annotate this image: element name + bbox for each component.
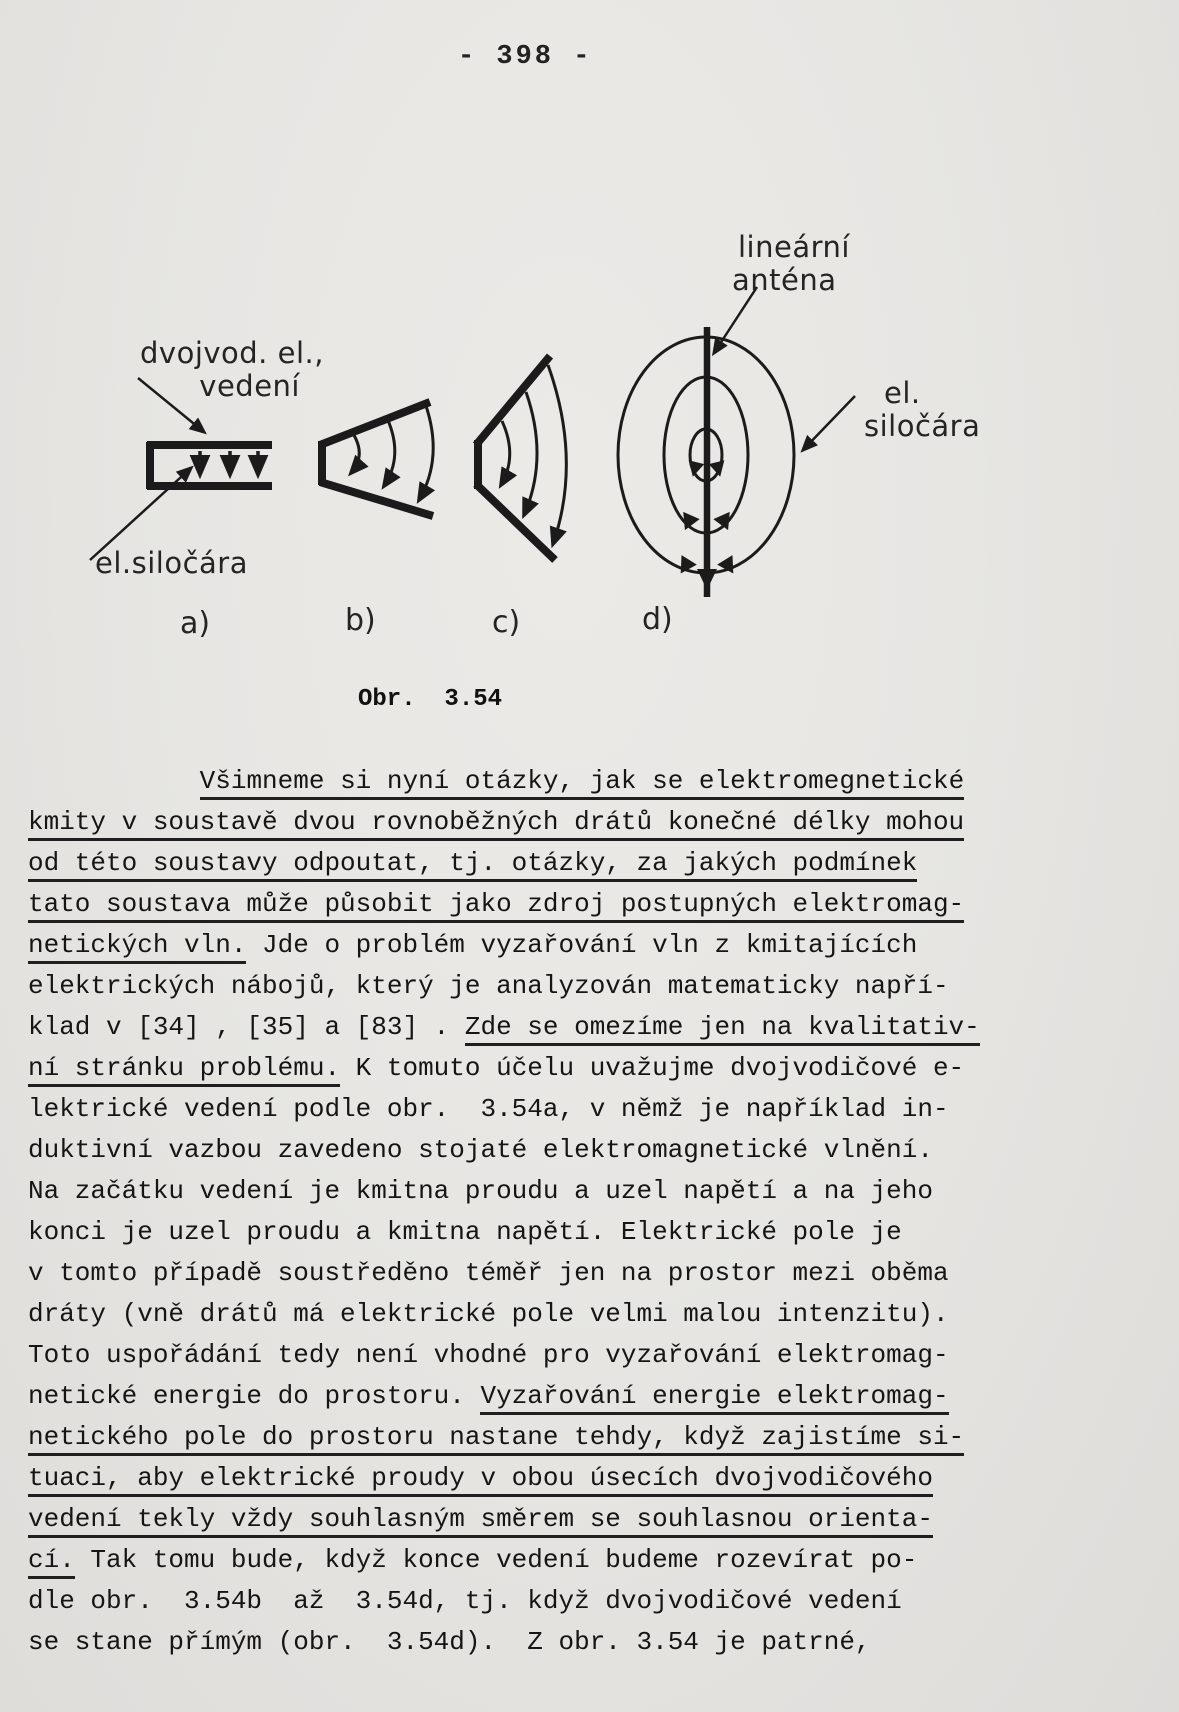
text-line: vedení tekly vždy souhlasným směrem se s… (28, 1500, 1148, 1541)
figure-caption: Obr. 3.54 (358, 686, 502, 713)
plain-text: dle obr. 3.54b až 3.54d, tj. když dvojvo… (28, 1586, 902, 1616)
antenna-label-2: anténa (732, 264, 850, 297)
field-line (351, 432, 359, 473)
antenna-label-1: lineární (738, 230, 850, 264)
plain-text: konci je uzel proudu a kmitna napětí. El… (28, 1217, 902, 1247)
text-line: duktivní vazbou zavedeno stojaté elektro… (28, 1131, 1148, 1172)
plain-text: Jde o problém vyzařování vln z kmitající… (246, 930, 917, 960)
wire-bottom (476, 484, 555, 560)
underlined-text: netického pole do prostoru nastane tehdy… (28, 1422, 964, 1456)
text-line: ní stránku problému. K tomuto účelu uvaž… (28, 1049, 1148, 1090)
underlined-text: Zde se omezíme jen na kvalitativ- (465, 1012, 980, 1046)
text-line: dráty (vně drátů má elektrické pole velm… (28, 1295, 1148, 1336)
figure-3-54: dvojvod. el.,vedení el.siločára lineární… (40, 225, 1150, 665)
plain-text: elektrických nábojů, který je analyzován… (28, 971, 949, 1001)
diagram-c-wide-opened-line (476, 356, 566, 560)
underlined-text: cí. (28, 1545, 75, 1579)
subfigure-label-a: a) (180, 606, 210, 641)
underlined-text: ní stránku problému. (28, 1053, 340, 1087)
text-line: elektrických nábojů, který je analyzován… (28, 967, 1148, 1008)
plain-text: lektrické vedení podle obr. 3.54a, v něm… (28, 1094, 949, 1124)
underlined-text: tuaci, aby elektrické proudy v obou úsec… (28, 1463, 933, 1497)
label-linear-antenna: lineárníanténa (732, 231, 850, 297)
text-line: netické energie do prostoru. Vyzařování … (28, 1377, 1148, 1418)
field-line (524, 392, 537, 515)
text-line: Všimneme si nyní otázky, jak se elektrom… (28, 762, 1148, 803)
text-line: tato soustava může působit jako zdroj po… (28, 885, 1148, 926)
underlined-text: tato soustava může působit jako zdroj po… (28, 889, 964, 923)
antenna-arrowhead (697, 569, 717, 590)
text-line: tuaci, aby elektrické proudy v obou úsec… (28, 1459, 1148, 1500)
text-line: kmity v soustavě dvou rovnoběžných drátů… (28, 803, 1148, 844)
fieldline-d-label-2: siločára (864, 410, 980, 443)
text-line: v tomto případě soustředěno téměř jen na… (28, 1254, 1148, 1295)
plain-text: Na začátku vedení je kmitna proudu a uze… (28, 1176, 933, 1206)
plain-text: se stane přímým (obr. 3.54d). Z obr. 3.5… (28, 1627, 871, 1657)
underlined-text: od této soustavy odpoutat, tj. otázky, z… (28, 848, 917, 882)
text-line: od této soustavy odpoutat, tj. otázky, z… (28, 844, 1148, 885)
subfigure-label-b: b) (345, 603, 376, 638)
diagram-d-linear-antenna (618, 287, 855, 597)
wire-top (476, 356, 550, 445)
label-fieldline-d: el.siločára (864, 377, 980, 443)
text-line: netických vln. Jde o problém vyzařování … (28, 926, 1148, 967)
plain-text: K tomuto účelu uvažujme dvojvodičové e- (340, 1053, 964, 1083)
diagram-b-opened-line (320, 402, 433, 516)
field-line (419, 403, 433, 500)
plain-text: duktivní vazbou zavedeno stojaté elektro… (28, 1135, 933, 1165)
underlined-text: vedení tekly vždy souhlasným směrem se s… (28, 1504, 933, 1538)
figure-drawing (40, 225, 1150, 665)
text-line: lektrické vedení podle obr. 3.54a, v něm… (28, 1090, 1148, 1131)
plain-text (28, 766, 200, 796)
field-line (501, 421, 510, 485)
wire-top (320, 402, 430, 445)
text-line: Na začátku vedení je kmitna proudu a uze… (28, 1172, 1148, 1213)
fieldline-d-label-1: el. (884, 376, 921, 410)
subfigure-label-d: d) (642, 602, 673, 637)
scanned-page: - 398 - (0, 0, 1179, 1712)
text-line: Toto uspořádání tedy není vhodné pro vyz… (28, 1336, 1148, 1377)
pointer-fieldline-label (803, 396, 855, 450)
text-line: dle obr. 3.54b až 3.54d, tj. když dvojvo… (28, 1582, 1148, 1623)
field-line (548, 365, 566, 544)
text-line: klad v [34] , [35] a [83] . Zde se omezí… (28, 1008, 1148, 1049)
underlined-text: Všimneme si nyní otázky, jak se elektrom… (200, 766, 965, 800)
label-two-wire-line: dvojvod. el.,vedení (140, 337, 300, 403)
arrowhead (709, 460, 728, 478)
underlined-text: netických vln. (28, 930, 246, 964)
plain-text: dráty (vně drátů má elektrické pole velm… (28, 1299, 949, 1329)
subfigure-label-c: c) (492, 605, 520, 640)
label-line-2: vedení (140, 370, 300, 403)
plain-text: Toto uspořádání tedy není vhodné pro vyz… (28, 1340, 949, 1370)
body-text: Všimneme si nyní otázky, jak se elektrom… (28, 762, 1148, 1664)
wire-bottom (320, 482, 433, 516)
underlined-text: kmity v soustavě dvou rovnoběžných drátů… (28, 807, 964, 841)
field-line (384, 418, 395, 486)
label-line-1: dvojvod. el., (140, 336, 324, 370)
page-number: - 398 - (458, 42, 592, 72)
diagram-a-two-wire-line (90, 378, 272, 560)
plain-text: netické energie do prostoru. (28, 1381, 480, 1411)
plain-text: v tomto případě soustředěno téměř jen na… (28, 1258, 949, 1288)
text-line: netického pole do prostoru nastane tehdy… (28, 1418, 1148, 1459)
text-line: cí. Tak tomu bude, když konce vedení bud… (28, 1541, 1148, 1582)
text-line: se stane přímým (obr. 3.54d). Z obr. 3.5… (28, 1623, 1148, 1664)
plain-text: Tak tomu bude, když konce vedení budeme … (75, 1545, 918, 1575)
text-line: konci je uzel proudu a kmitna napětí. El… (28, 1213, 1148, 1254)
underlined-text: Vyzařování energie elektromag- (480, 1381, 948, 1415)
label-fieldline-a: el.siločára (95, 547, 248, 580)
plain-text: klad v [34] , [35] a [83] . (28, 1012, 465, 1042)
